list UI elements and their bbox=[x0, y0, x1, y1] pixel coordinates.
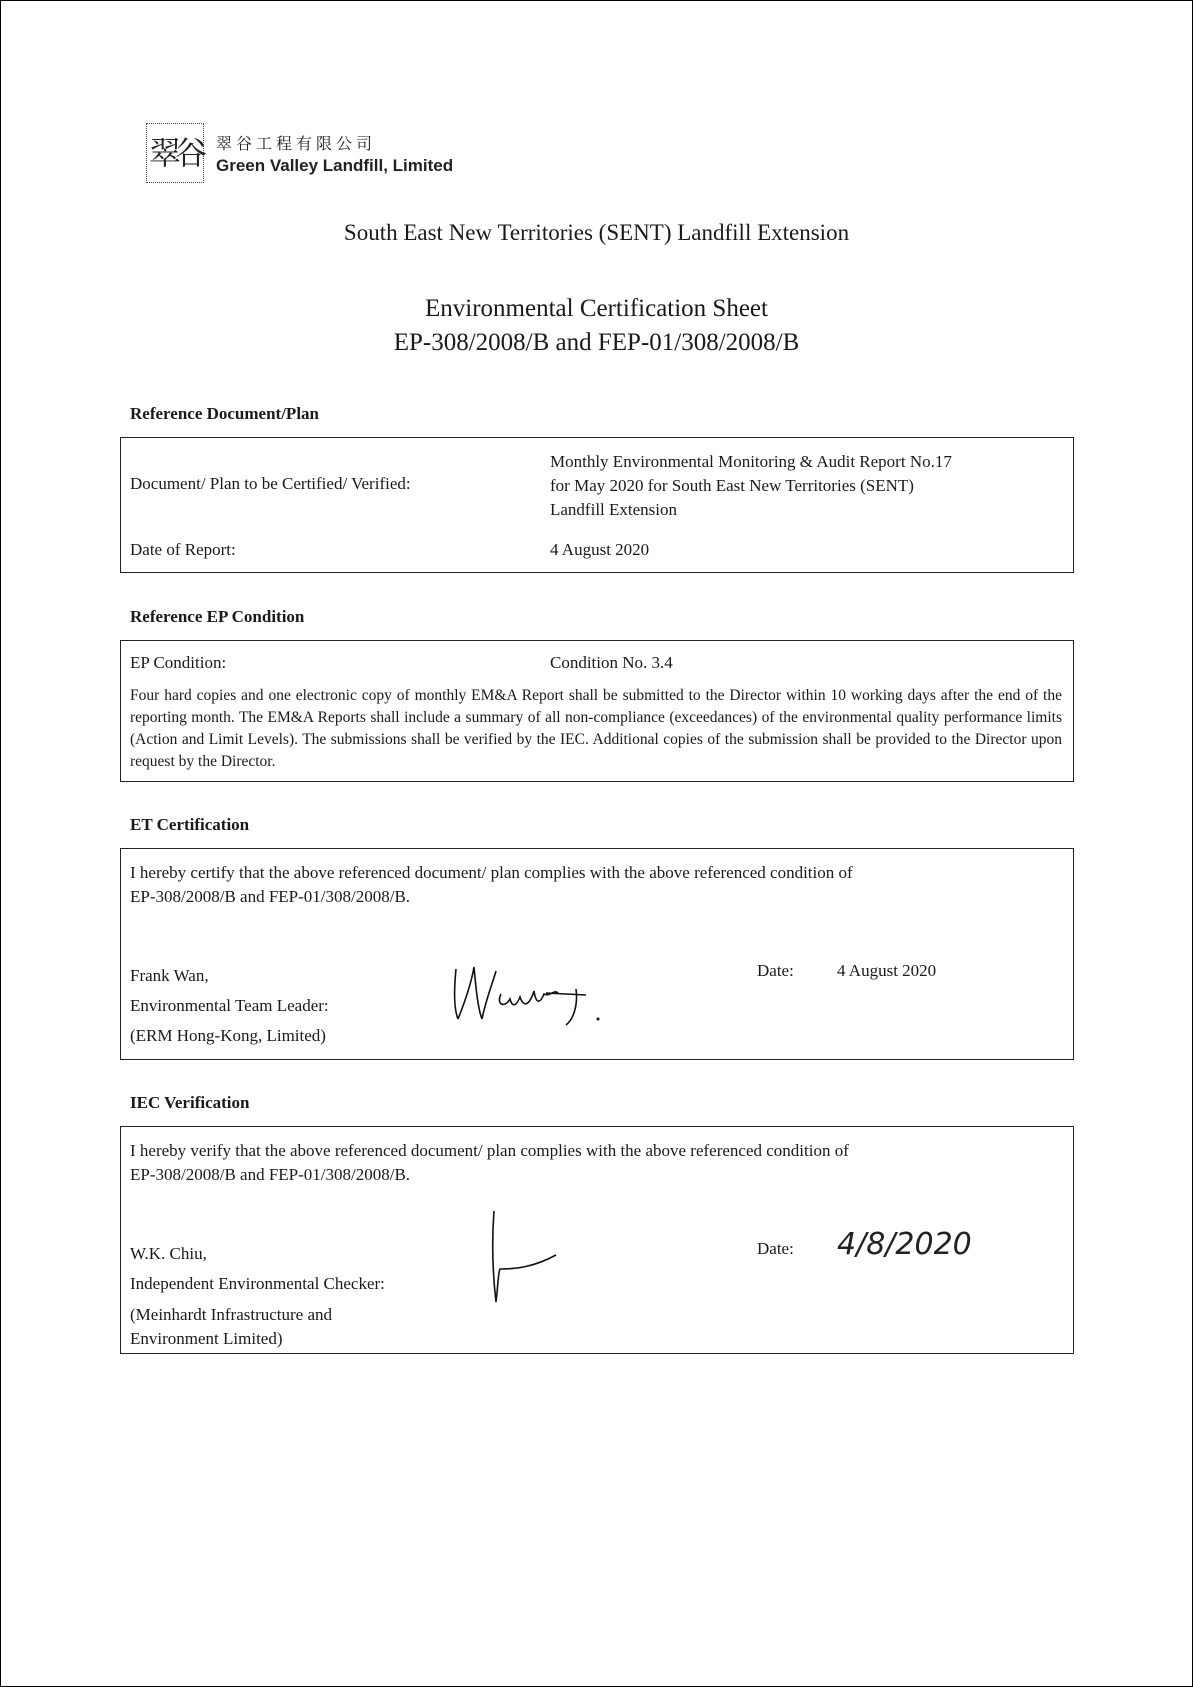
et-role: Environmental Team Leader: bbox=[130, 991, 329, 1021]
section-label-iec-verification: IEC Verification bbox=[130, 1093, 249, 1113]
document-value: Monthly Environmental Monitoring & Audit… bbox=[550, 450, 952, 522]
et-organisation: (ERM Hong-Kong, Limited) bbox=[130, 1021, 329, 1051]
ep-condition-label: EP Condition: bbox=[130, 653, 226, 673]
et-signatory: Frank Wan, Environmental Team Leader: (E… bbox=[130, 961, 329, 1051]
et-date-label: Date: bbox=[757, 961, 794, 981]
iec-organisation-line: (Meinhardt Infrastructure and bbox=[130, 1303, 385, 1327]
et-name: Frank Wan, bbox=[130, 961, 329, 991]
iec-date-handwritten: 4/8/2020 bbox=[837, 1227, 972, 1262]
document-label: Document/ Plan to be Certified/ Verified… bbox=[130, 474, 411, 494]
section-label-reference-ep-condition: Reference EP Condition bbox=[130, 607, 304, 627]
section-label-reference-document: Reference Document/Plan bbox=[130, 404, 319, 424]
project-title: South East New Territories (SENT) Landfi… bbox=[0, 220, 1193, 246]
document-value-line: Landfill Extension bbox=[550, 498, 952, 522]
iec-name: W.K. Chiu, bbox=[130, 1239, 385, 1269]
iec-signatory: W.K. Chiu, Independent Environmental Che… bbox=[130, 1239, 385, 1351]
report-date-value: 4 August 2020 bbox=[550, 540, 649, 560]
et-statement: I hereby certify that the above referenc… bbox=[130, 861, 853, 909]
company-name-cn: 翠谷工程有限公司 bbox=[216, 131, 453, 154]
ep-condition-text: Four hard copies and one electronic copy… bbox=[130, 685, 1062, 773]
reference-document-box: Document/ Plan to be Certified/ Verified… bbox=[120, 437, 1074, 573]
iec-role: Independent Environmental Checker: bbox=[130, 1269, 385, 1299]
permit-numbers: EP-308/2008/B and FEP-01/308/2008/B bbox=[0, 326, 1193, 360]
iec-verification-box: I hereby verify that the above reference… bbox=[120, 1126, 1074, 1354]
et-certification-box: I hereby certify that the above referenc… bbox=[120, 848, 1074, 1060]
document-value-line: Monthly Environmental Monitoring & Audit… bbox=[550, 450, 952, 474]
iec-organisation-line: Environment Limited) bbox=[130, 1327, 385, 1351]
document-value-line: for May 2020 for South East New Territor… bbox=[550, 474, 952, 498]
iec-date-label: Date: bbox=[757, 1239, 794, 1259]
et-statement-line: EP-308/2008/B and FEP-01/308/2008/B. bbox=[130, 885, 853, 909]
page-border bbox=[0, 0, 1193, 1687]
et-statement-line: I hereby certify that the above referenc… bbox=[130, 861, 853, 885]
ep-condition-box: EP Condition: Condition No. 3.4 Four har… bbox=[120, 640, 1074, 782]
iec-statement-line: I hereby verify that the above reference… bbox=[130, 1139, 849, 1163]
iec-statement: I hereby verify that the above reference… bbox=[130, 1139, 849, 1187]
iec-statement-line: EP-308/2008/B and FEP-01/308/2008/B. bbox=[130, 1163, 849, 1187]
sheet-title-block: Environmental Certification Sheet EP-308… bbox=[0, 292, 1193, 360]
iec-signature-icon bbox=[486, 1207, 586, 1317]
et-signature-icon bbox=[446, 949, 636, 1039]
company-logo: 翠谷 翠谷工程有限公司 Green Valley Landfill, Limit… bbox=[146, 123, 453, 183]
company-name-en: Green Valley Landfill, Limited bbox=[216, 156, 453, 176]
et-date-value: 4 August 2020 bbox=[837, 961, 936, 981]
sheet-title: Environmental Certification Sheet bbox=[0, 292, 1193, 326]
ep-condition-value: Condition No. 3.4 bbox=[550, 653, 673, 673]
iec-organisation: (Meinhardt Infrastructure and Environmen… bbox=[130, 1303, 385, 1351]
logo-mark-icon: 翠谷 bbox=[146, 123, 204, 183]
section-label-et-certification: ET Certification bbox=[130, 815, 249, 835]
report-date-label: Date of Report: bbox=[130, 540, 236, 560]
